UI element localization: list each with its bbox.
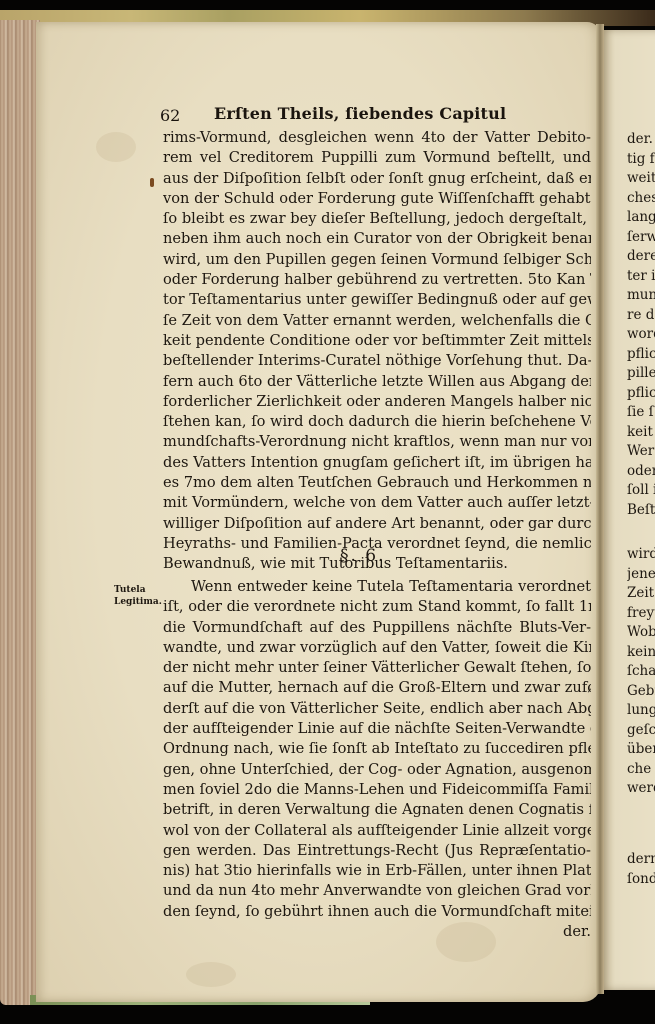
- text-line: neben ihm auch noch ein Curator von der …: [163, 229, 591, 249]
- facing-fragment: oder: [627, 462, 655, 482]
- text-line: der nicht mehr unter ſeiner Vätterlicher…: [163, 658, 591, 678]
- text-line: es 7mo dem alten Teutſchen Gebrauch und …: [163, 473, 591, 493]
- catchword: der.: [163, 922, 591, 942]
- facing-fragment: werd: [627, 779, 655, 799]
- facing-fragment: pflic: [627, 384, 655, 404]
- facing-fragment: dere: [627, 247, 655, 267]
- text-line: williger Diſpoſition auf andere Art bena…: [163, 514, 591, 534]
- stacked-page-edges: [0, 20, 40, 1005]
- facing-fragment: jener: [627, 565, 655, 585]
- running-head: Erſten Theils, ſiebendes Capitul: [214, 104, 506, 123]
- text-line: der aufſteigender Linie auf die nächſte …: [163, 719, 591, 739]
- text-line: rem vel Creditorem Puppilli zum Vormund …: [163, 148, 591, 168]
- text-line: ſo bleibt es zwar bey dieſer Beſtellung,…: [163, 209, 591, 229]
- facing-fragment: Gebr: [627, 682, 655, 702]
- text-line: rims-Vormund, desgleichen wenn 4to der V…: [163, 128, 591, 148]
- text-line: die Vormundſchaft auf des Puppillens näc…: [163, 618, 591, 638]
- text-line: wird, um den Pupillen gegen ſeinen Vormu…: [163, 250, 591, 270]
- facing-fragment: lang: [627, 208, 655, 228]
- text-line: men ſoviel 2do die Manns-Lehen und Fidei…: [163, 780, 591, 800]
- facing-fragment: über: [627, 740, 655, 760]
- facing-page-text-middle: wird jener Zeit freyt Wob keine ſchaf Ge…: [627, 545, 655, 799]
- facing-fragment: pille: [627, 364, 655, 384]
- facing-fragment: Zeit: [627, 584, 655, 604]
- text-line: fern auch 6to der Vätterliche letzte Wil…: [163, 372, 591, 392]
- text-line: Wenn entweder keine Tutela Teſtamentaria…: [163, 577, 591, 597]
- facing-fragment: mun: [627, 286, 655, 306]
- facing-fragment: ſoll i: [627, 481, 655, 501]
- paragraph-2: Wenn entweder keine Tutela Teſtamentaria…: [163, 577, 591, 942]
- text-line: derſt auf die von Vätterlicher Seite, en…: [163, 699, 591, 719]
- text-line: forderlicher Zierlichkeit oder anderen M…: [163, 392, 591, 412]
- text-line: ſe Zeit von dem Vatter ernannt werden, w…: [163, 311, 591, 331]
- text-line: mit Vormündern, welche von dem Vatter au…: [163, 493, 591, 513]
- facing-page-text-top: der. tig f weit ches lang ſerw dere ter …: [627, 130, 655, 520]
- facing-fragment: Wob: [627, 623, 655, 643]
- facing-fragment: pflic: [627, 345, 655, 365]
- book-gutter: [596, 24, 604, 994]
- facing-fragment: weit: [627, 169, 655, 189]
- text-line: wol von der Collateral als aufſteigender…: [163, 821, 591, 841]
- facing-fragment: ſonde: [627, 870, 655, 890]
- facing-fragment: ter i: [627, 267, 655, 287]
- facing-fragment: wird: [627, 545, 655, 565]
- text-line: von der Schuld oder Forderung gute Wiſſe…: [163, 189, 591, 209]
- page-header: 62 Erſten Theils, ſiebendes Capitul: [160, 104, 600, 128]
- text-line: ſtehen kan, ſo wird doch dadurch die hie…: [163, 412, 591, 432]
- text-line: nis) hat 3tio hierinfalls wie in Erb-Fäl…: [163, 861, 591, 881]
- facing-fragment: derm: [627, 850, 655, 870]
- facing-fragment: keine: [627, 643, 655, 663]
- text-line: des Vatters Intention gnugſam geſichert …: [163, 453, 591, 473]
- facing-fragment: geſch: [627, 721, 655, 741]
- facing-fragment: word: [627, 325, 655, 345]
- text-line: keit pendente Conditione oder vor beſtim…: [163, 331, 591, 351]
- text-line: iſt, oder die verordnete nicht zum Stand…: [163, 597, 591, 617]
- text-line: auf die Mutter, hernach auf die Groß-Elt…: [163, 678, 591, 698]
- text-line: aus der Diſpoſition ſelbſt oder ſonſt gn…: [163, 169, 591, 189]
- text-line: und da nun 4to mehr Anverwandte von glei…: [163, 881, 591, 901]
- text-line: Ordnung nach, wie ſie ſonſt ab Inteſtato…: [163, 739, 591, 759]
- paragraph-1: rims-Vormund, desgleichen wenn 4to der V…: [163, 128, 591, 575]
- facing-fragment: der.: [627, 130, 655, 150]
- section-heading: §. 6.: [340, 546, 386, 566]
- text-line: gen werden. Das Eintrettungs-Recht (Jus …: [163, 841, 591, 861]
- facing-fragment: che p: [627, 760, 655, 780]
- text-line: oder Forderung halber gebührend zu vertr…: [163, 270, 591, 290]
- facing-fragment: freyt: [627, 604, 655, 624]
- ink-mark: [150, 178, 154, 187]
- text-line: gen, ohne Unterſchied, der Cog- oder Agn…: [163, 760, 591, 780]
- facing-fragment: keit: [627, 423, 655, 443]
- facing-fragment: re d: [627, 306, 655, 326]
- facing-fragment: lung: [627, 701, 655, 721]
- facing-fragment: tig f: [627, 150, 655, 170]
- facing-fragment: ſerw: [627, 228, 655, 248]
- facing-fragment: Beſt: [627, 501, 655, 521]
- facing-fragment: ches: [627, 189, 655, 209]
- facing-fragment: ſchaf: [627, 662, 655, 682]
- text-line: den ſeynd, ſo gebührt ihnen auch die Vor…: [163, 902, 591, 922]
- text-line: tor Teſtamentarius unter gewiſſer Beding…: [163, 290, 591, 310]
- page-number: 62: [160, 106, 180, 125]
- text-line: betrift, in deren Verwaltung die Agnaten…: [163, 800, 591, 820]
- text-line: wandte, und zwar vorzüglich auf den Vatt…: [163, 638, 591, 658]
- facing-page-text-bottom: derm ſonde: [627, 850, 655, 889]
- facing-fragment: ſie ſ: [627, 403, 655, 423]
- text-line: mundſchafts-Verordnung nicht kraftlos, w…: [163, 432, 591, 452]
- text-line: beſtellender Interims-Curatel nöthige Vo…: [163, 351, 591, 371]
- facing-fragment: Wer: [627, 442, 655, 462]
